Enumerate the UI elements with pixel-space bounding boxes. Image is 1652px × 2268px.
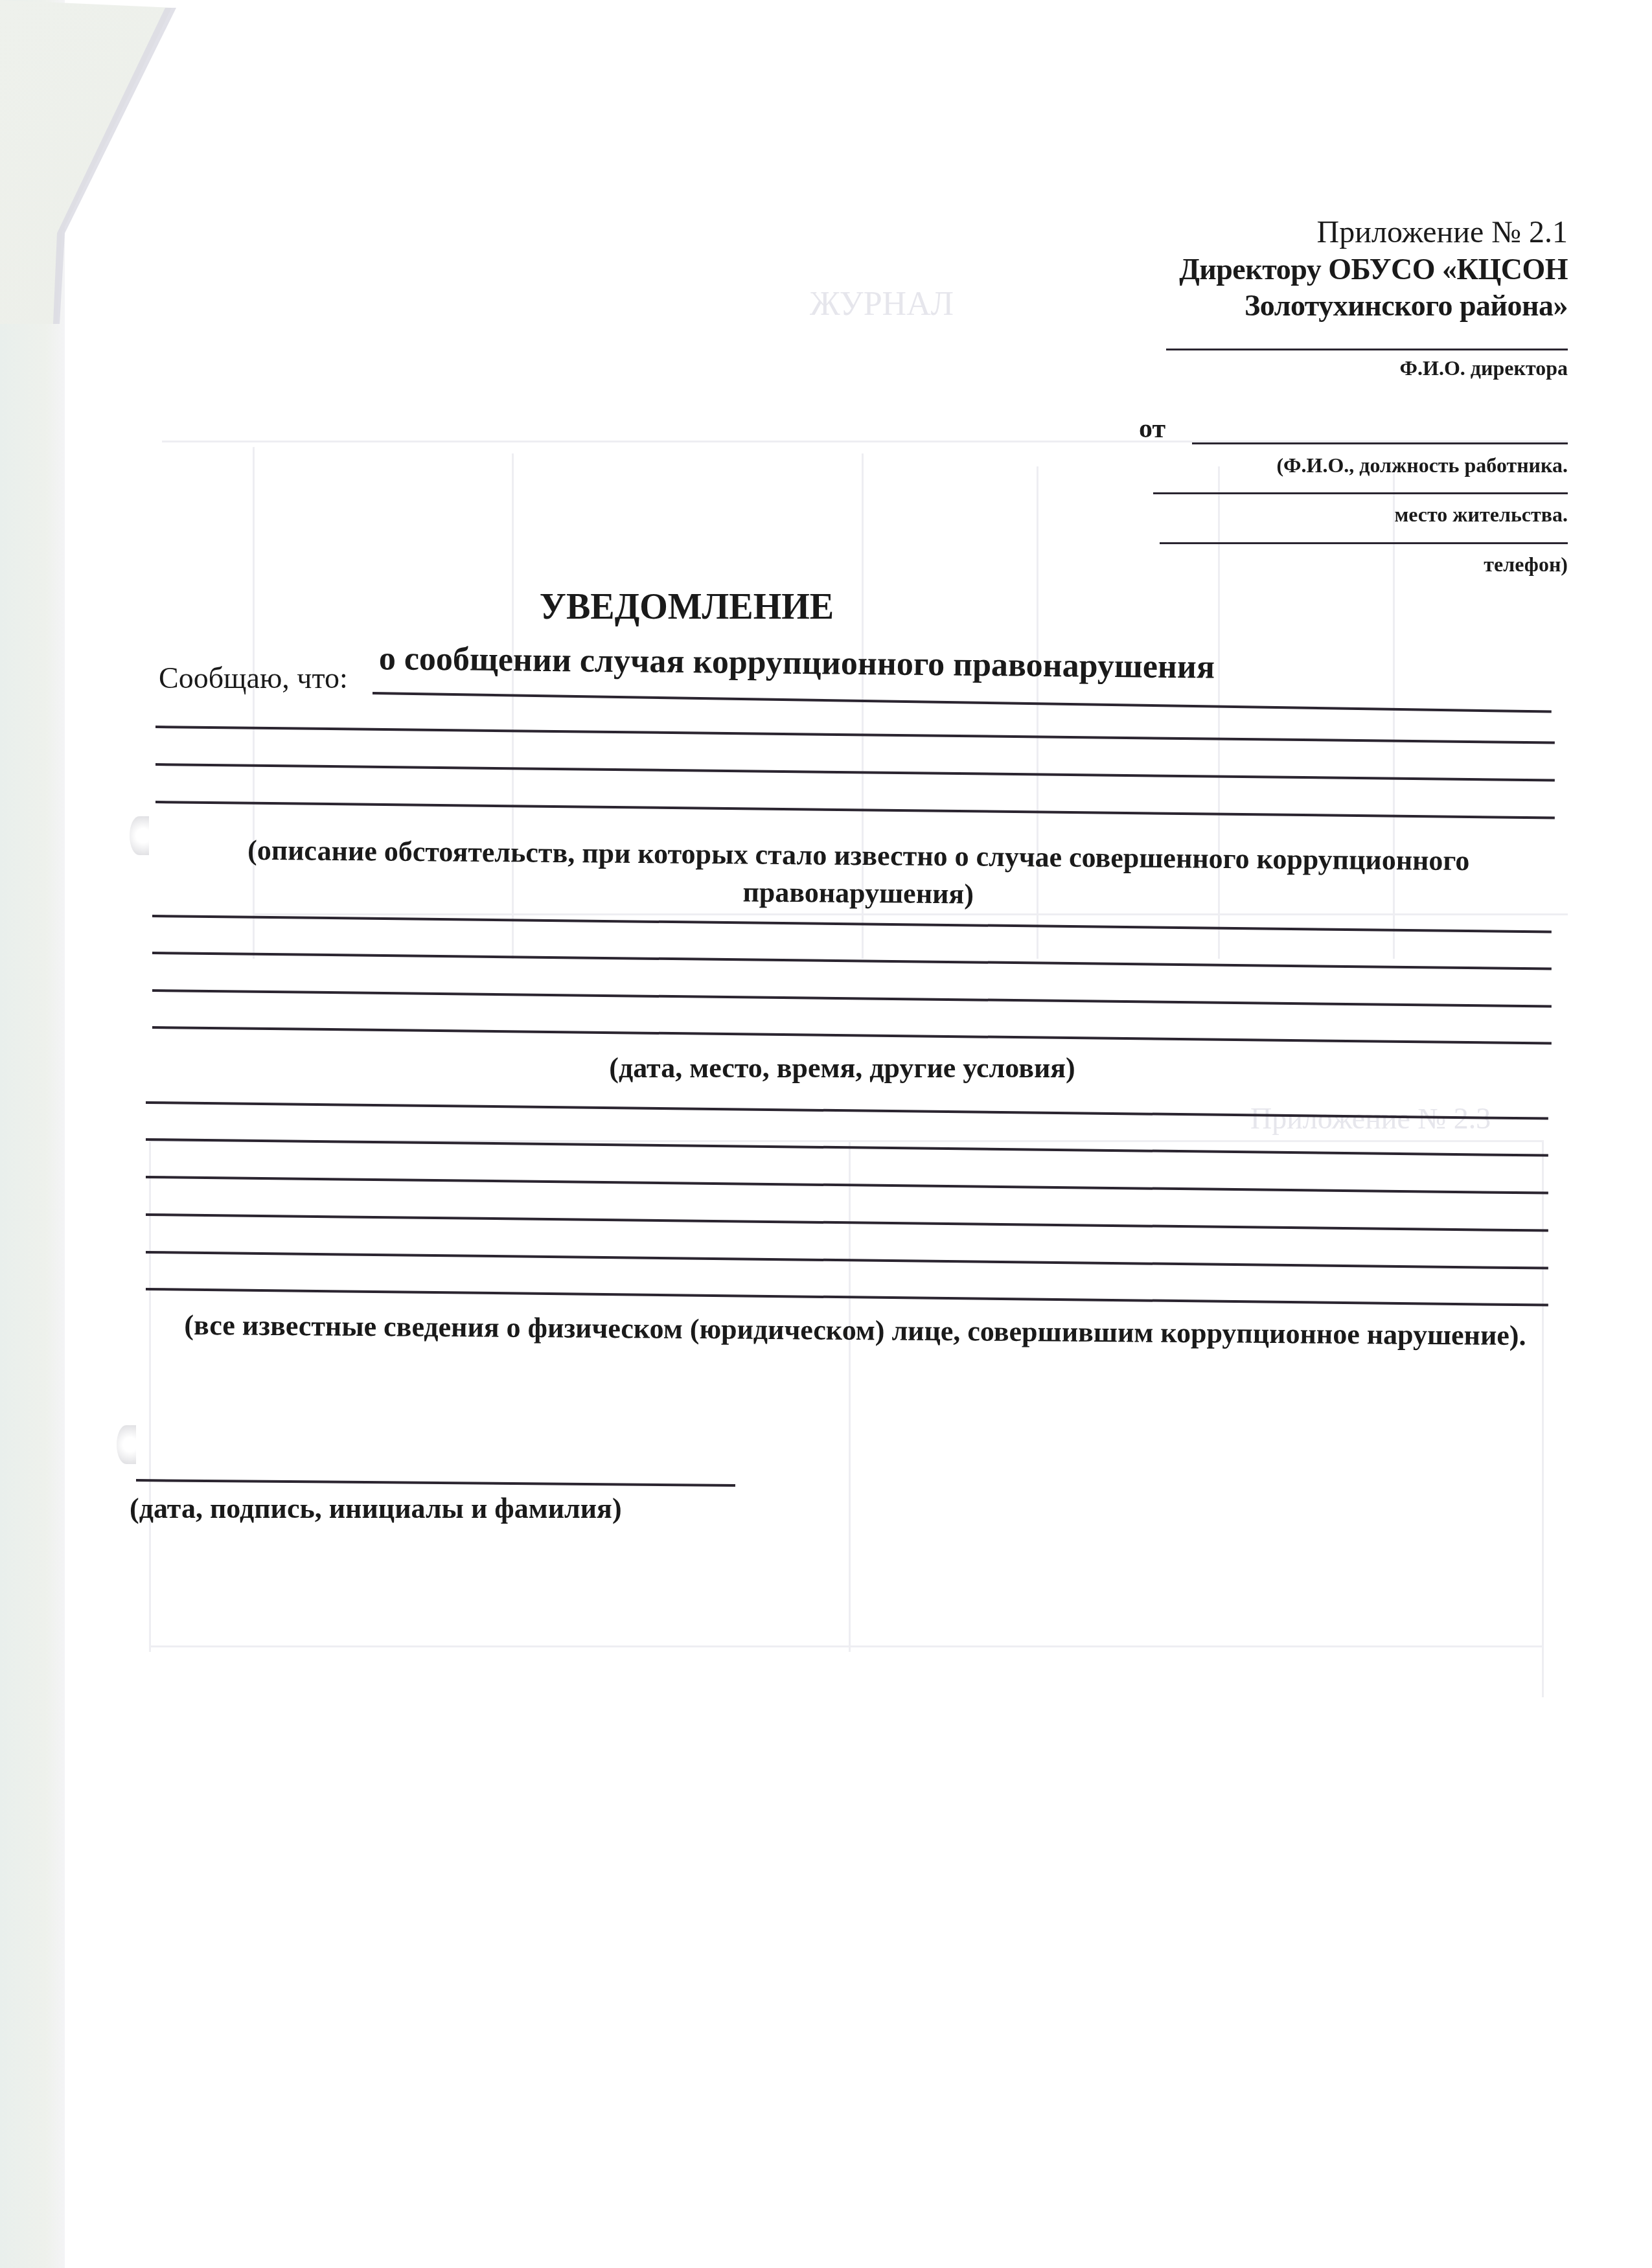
sender-caption-1: (Ф.И.О., должность работника. bbox=[1166, 453, 1568, 477]
circumstances-line-4[interactable] bbox=[152, 1026, 1552, 1045]
sender-phone-field[interactable] bbox=[1160, 542, 1568, 544]
signature-line[interactable] bbox=[136, 1479, 735, 1487]
datetime-line-1[interactable] bbox=[146, 1101, 1548, 1120]
person-line-5[interactable] bbox=[146, 1288, 1548, 1307]
circumstances-line-1[interactable] bbox=[152, 915, 1552, 934]
person-line-3[interactable] bbox=[146, 1213, 1548, 1232]
hole-punch-mark bbox=[117, 1425, 136, 1464]
addressee-line-2: Золотухинского района» bbox=[1050, 288, 1568, 324]
hole-punch-mark bbox=[130, 816, 149, 855]
report-line-1[interactable] bbox=[373, 692, 1552, 713]
director-caption: Ф.И.О. директора bbox=[1166, 356, 1568, 380]
appendix-number: Приложение № 2.1 bbox=[1050, 214, 1568, 251]
circumstances-line-2[interactable] bbox=[152, 952, 1552, 970]
notification-form: Приложение № 2.1 Директору ОБУСО «КЦСОН … bbox=[0, 0, 1652, 2268]
sender-name-field[interactable] bbox=[1192, 442, 1568, 444]
caption-circumstances: (описание обстоятельств, при которых ста… bbox=[159, 831, 1559, 919]
report-line-3[interactable] bbox=[155, 763, 1555, 782]
report-line-4[interactable] bbox=[155, 801, 1555, 819]
caption-person: (все известные сведения о физическом (юр… bbox=[162, 1307, 1548, 1355]
person-line-4[interactable] bbox=[146, 1251, 1548, 1270]
from-label: от bbox=[1139, 413, 1165, 444]
document-title: УВЕДОМЛЕНИЕ bbox=[188, 586, 1186, 628]
sender-caption-2: место жительства. bbox=[1166, 503, 1568, 527]
addressee-line-1: Директору ОБУСО «КЦСОН bbox=[1050, 251, 1568, 288]
caption-datetime: (дата, место, время, другие условия) bbox=[551, 1049, 1134, 1087]
circumstances-line-3[interactable] bbox=[152, 989, 1552, 1008]
sender-residence-field[interactable] bbox=[1153, 492, 1568, 494]
report-label: Сообщаю, что: bbox=[159, 661, 348, 695]
person-line-2[interactable] bbox=[146, 1176, 1548, 1195]
caption-signature: (дата, подпись, инициалы и фамилия) bbox=[130, 1490, 713, 1528]
document-subtitle: о сообщении случая коррупционного правон… bbox=[246, 638, 1348, 688]
person-line-1[interactable] bbox=[146, 1138, 1548, 1157]
report-line-2[interactable] bbox=[155, 726, 1555, 744]
director-name-field[interactable] bbox=[1166, 349, 1568, 350]
sender-caption-3: телефон) bbox=[1166, 553, 1568, 577]
addressee-block: Приложение № 2.1 Директору ОБУСО «КЦСОН … bbox=[1050, 214, 1568, 324]
